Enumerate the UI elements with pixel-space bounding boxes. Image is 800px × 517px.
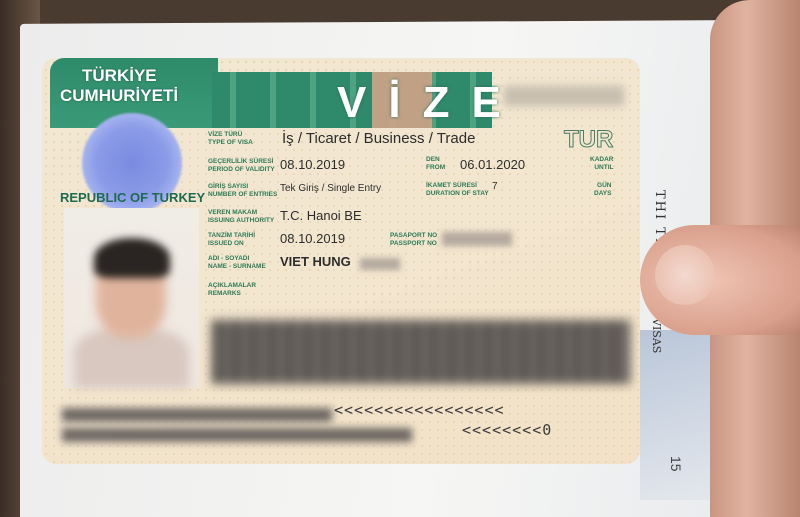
country-name-en: REPUBLIC OF TURKEY [60,190,205,205]
label-type: VİZE TÜRÜTYPE OF VISA [208,131,253,147]
label-validity: GEÇERLİLİK SÜRESİPERIOD OF VALIDITY [208,158,275,174]
mrz-line2-fillers: <<<<<<<<0 [462,421,552,439]
label-remarks: AÇIKLAMALARREMARKS [208,282,256,298]
redacted-surname [360,258,400,270]
value-entries: Tek Giriş / Single Entry [280,183,381,194]
thumbnail [655,245,715,305]
holder-photo [64,208,199,388]
value-from: 06.01.2020 [460,157,525,172]
value-type: İş / Ticaret / Business / Trade [282,130,475,147]
value-authority: T.C. Hanoi BE [280,208,362,223]
label-entries: GİRİŞ SAYISINUMBER OF ENTRIES [208,183,277,199]
label-name: ADI - SOYADINAME - SURNAME [208,255,266,271]
label-until: KADARUNTIL [590,156,613,172]
country-line2: CUMHURİYETİ [60,86,178,106]
redacted-mrz-line1 [62,408,332,422]
label-stay: İKAMET SÜRESİDURATION OF STAY [426,182,489,198]
label-from: DENFROM [426,156,445,172]
photo-hair [94,238,170,278]
redacted-mrz-line2 [62,428,412,442]
value-name: VIET HUNG [280,254,351,269]
value-validity: 08.10.2019 [280,157,345,172]
country-name: TÜRKİYE CUMHURİYETİ [60,66,178,106]
country-code: TUR [564,126,613,154]
mrz-line1-fillers: <<<<<<<<<<<<<<<<< [334,401,505,419]
redacted-number [504,86,624,106]
value-stay: 7 [492,181,498,192]
page-number: 15 [668,456,684,472]
visa-sticker: TÜRKİYE CUMHURİYETİ VİZE REPUBLIC OF TUR… [42,58,640,464]
label-authority: VEREN MAKAMISSUING AUTHORITY [208,209,274,225]
label-days: GÜNDAYS [594,182,611,198]
value-issued: 08.10.2019 [280,231,345,246]
visa-title: VİZE [337,78,523,128]
redacted-barcode [212,320,630,384]
country-line1: TÜRKİYE [60,66,178,86]
label-passport: PASAPORT NOPASSPORT NO [390,232,437,248]
redacted-passport-no [442,232,512,246]
label-issued: TANZİM TARİHİISSUED ON [208,232,255,248]
